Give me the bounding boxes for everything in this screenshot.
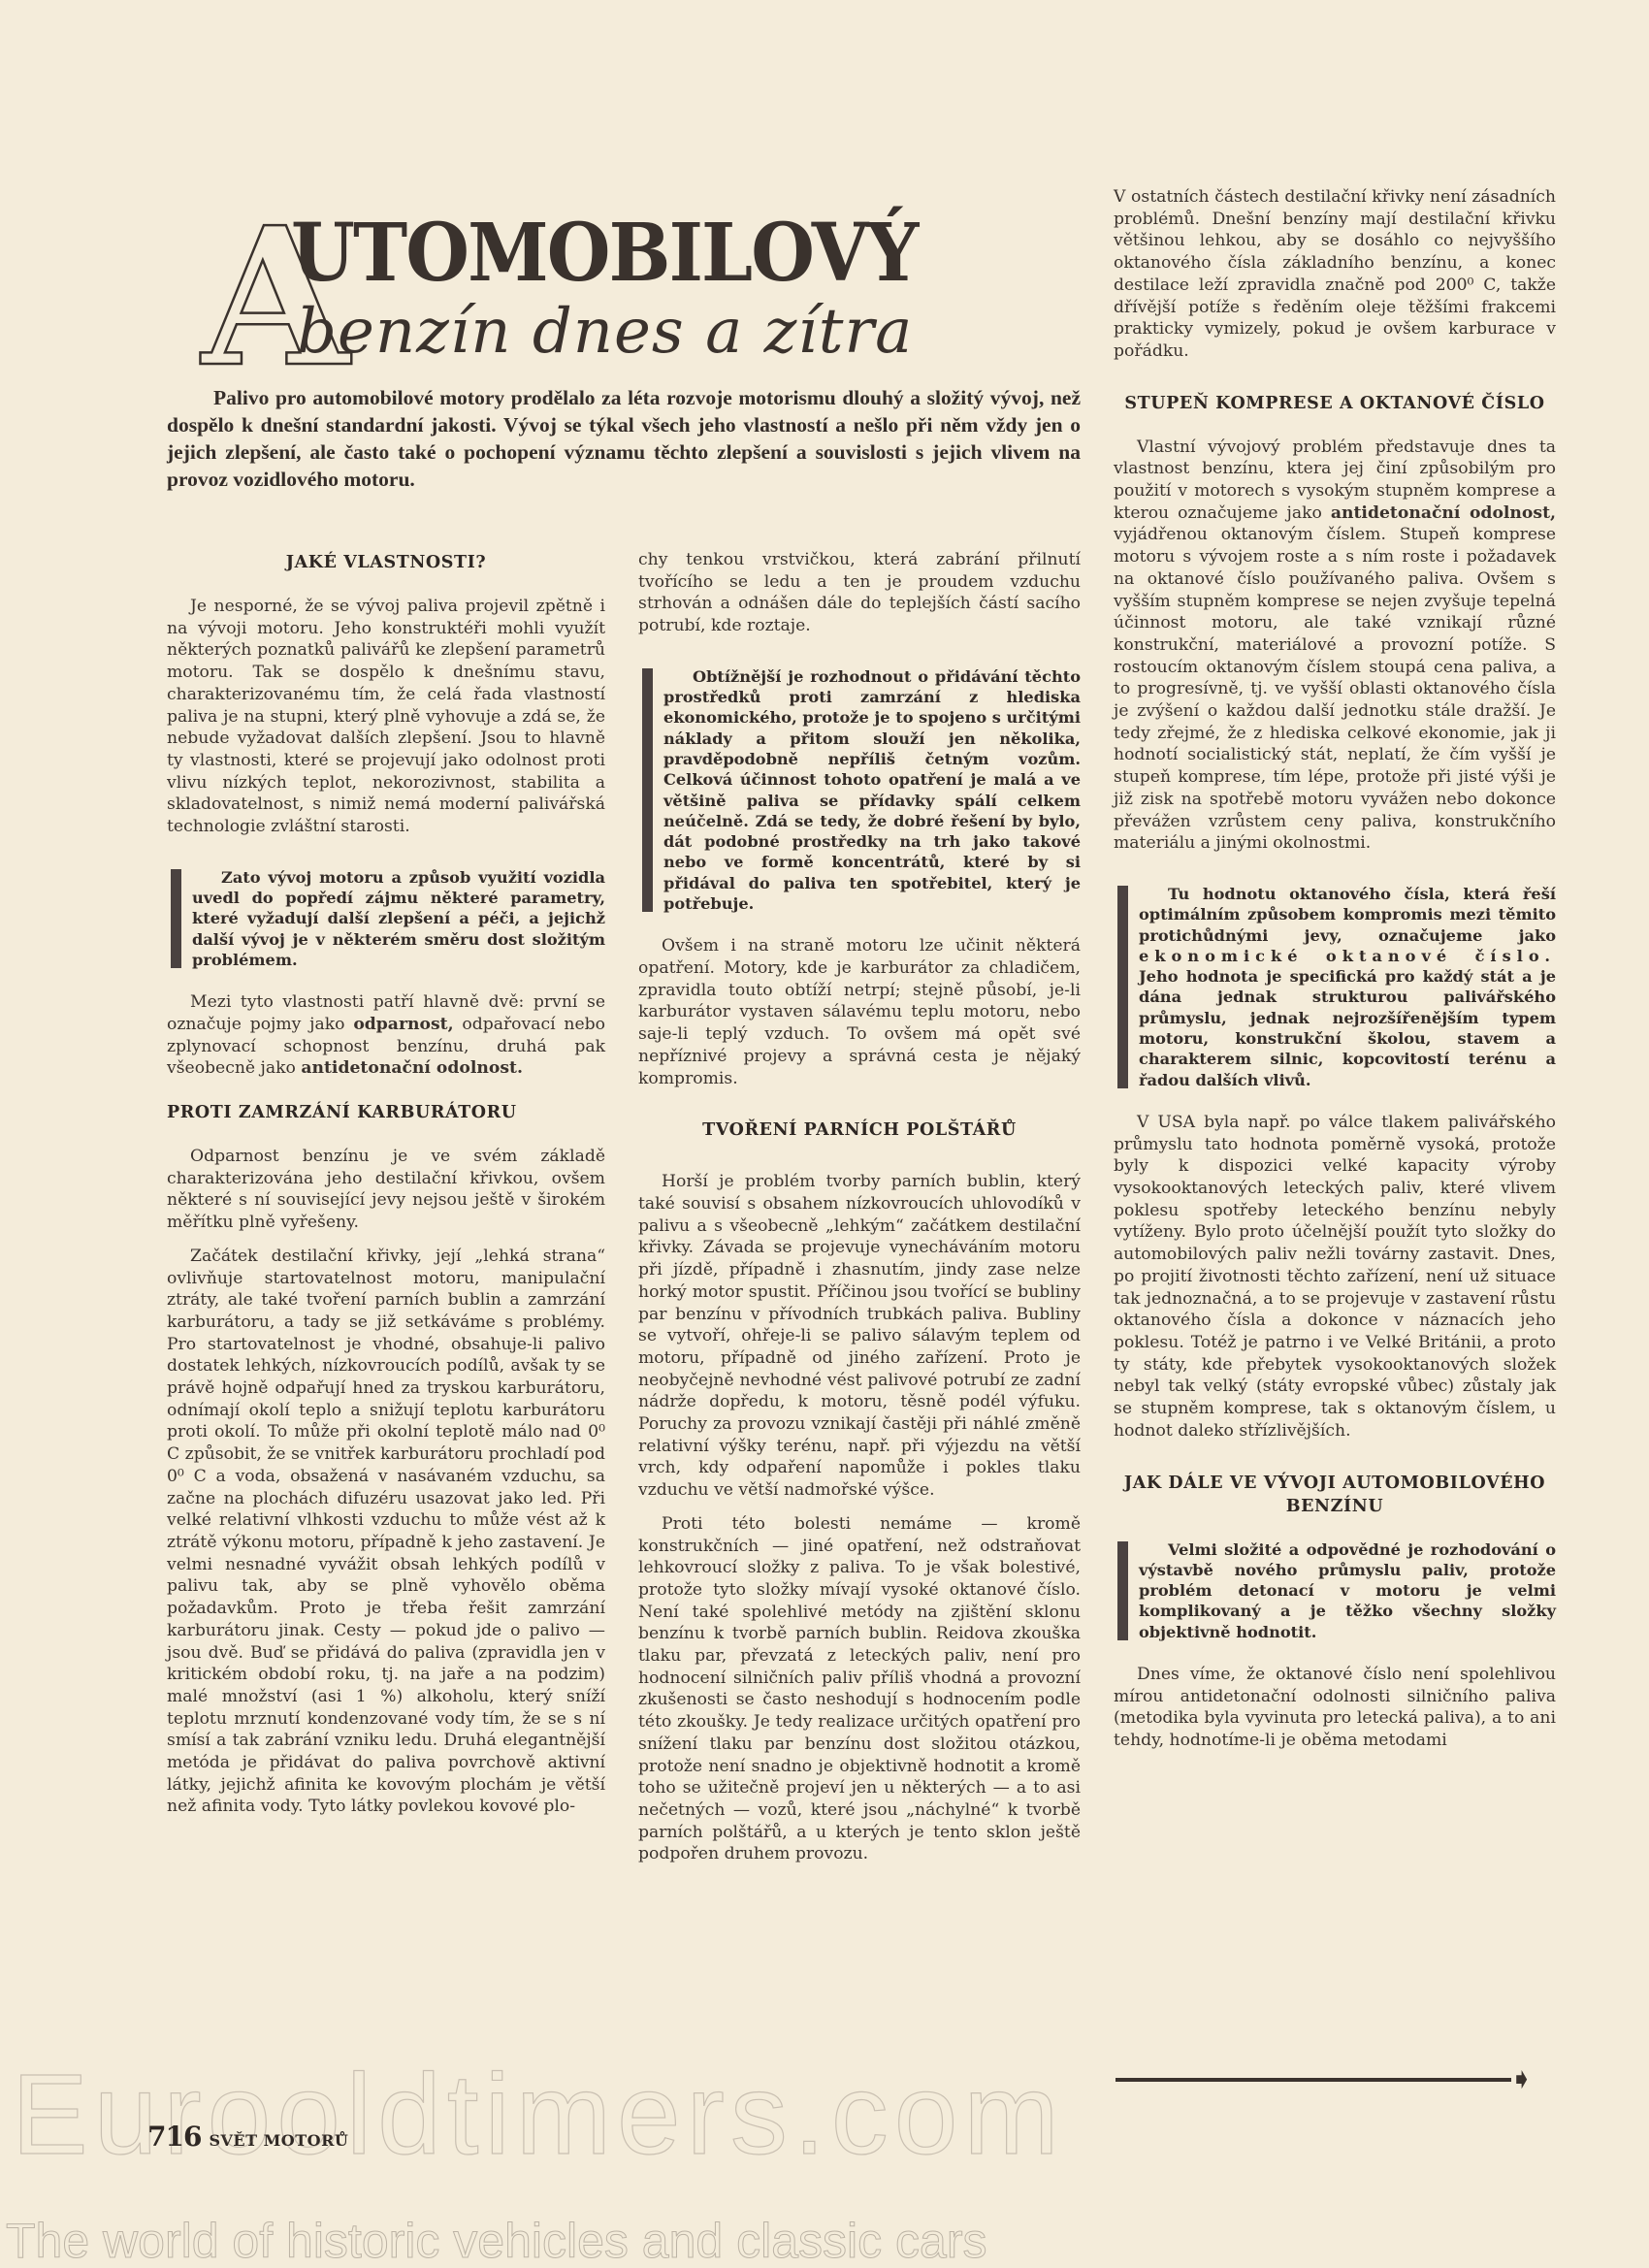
bold-term: antidetonační odolnost. [301, 1058, 523, 1078]
text-run: Tu hodnotu oktanového čísla, která řeší … [1139, 885, 1556, 945]
section-heading-tvoreni-parnich-polstaru: TVOŘENÍ PARNÍCH POLŠTÁŘŮ [638, 1118, 1081, 1142]
title-subtitle: benzín dnes a zítra [297, 293, 913, 371]
section-heading-jak-dale: JAK DÁLE VE VÝVOJI AUTOMOBILOVÉHO BENZÍN… [1114, 1472, 1556, 1518]
section-heading-jake-vlastnosti: JAKÉ VLASTNOSTI? [167, 551, 605, 574]
callout-bar [1117, 1541, 1128, 1640]
magazine-page: A UTOMOBILOVÝ benzín dnes a zítra Palivo… [0, 0, 1649, 2268]
bold-term: odparnost, [353, 1015, 453, 1034]
paragraph: Odparnost benzínu je ve svém základě cha… [167, 1146, 605, 1234]
column-2: chy tenkou vrstvičkou, která zabrání při… [638, 549, 1081, 1865]
section-heading-proti-zamrzani: PROTI ZAMRZÁNÍ KARBURÁTORU [167, 1101, 605, 1124]
article-title: A UTOMOBILOVÝ benzín dnes a zítra [202, 204, 1080, 373]
arrow-right-icon: ➧ [1509, 2062, 1534, 2097]
paragraph: Ovšem i na straně motoru lze učinit někt… [638, 935, 1081, 1089]
paragraph: Dnes víme, že oktanové číslo není spoleh… [1114, 1664, 1556, 1752]
continue-rule [1115, 2078, 1511, 2082]
section-heading-stupen-komprese: STUPEŇ KOMPRESE A OKTANOVÉ ČÍSLO [1114, 392, 1556, 415]
watermark-tagline: The world of historic vehicles and class… [6, 2214, 987, 2268]
callout-box: Velmi složité a odpovědné je rozhodování… [1114, 1539, 1556, 1642]
paragraph: Horší je problém tvorby parních bublin, … [638, 1171, 1081, 1502]
callout-box: Zato vývoj motoru a způsob využití vozid… [167, 867, 605, 970]
spaced-term: ekonomické oktanové číslo. [1139, 947, 1556, 965]
text-run: vyjádřenou oktanovým číslem. Stupeň komp… [1114, 525, 1556, 853]
callout-bar [642, 668, 653, 913]
paragraph: chy tenkou vrstvičkou, která zabrání při… [638, 549, 1081, 637]
callout-box: Obtížnější je rozhodnout o přidávání těc… [638, 666, 1081, 915]
paragraph: Mezi tyto vlastnosti patří hlavně dvě: p… [167, 991, 605, 1080]
callout-bar [171, 869, 181, 968]
watermark-site: Eurooldtimers.com [12, 2052, 1065, 2178]
callout-text: Obtížnější je rozhodnout o přidávání těc… [663, 666, 1081, 915]
callout-text: Zato vývoj motoru a způsob využití vozid… [192, 867, 605, 970]
callout-text: Tu hodnotu oktanového čísla, která řeší … [1139, 884, 1556, 1090]
column-1: JAKÉ VLASTNOSTI? Je nesporné, že se vývo… [167, 551, 605, 1818]
paragraph: Vlastní vývojový problém představuje dne… [1114, 437, 1556, 855]
article-lede: Palivo pro automobilové motory prodělalo… [167, 384, 1081, 493]
title-main-text: UTOMOBILOVÝ [291, 210, 918, 297]
paragraph: Proti této bolesti nemáme — kromě konstr… [638, 1513, 1081, 1865]
paragraph: V USA byla např. po válce tlakem palivář… [1114, 1112, 1556, 1442]
text-run: Jeho hodnota je specifická pro každý stá… [1139, 967, 1556, 1088]
callout-box: Tu hodnotu oktanového čísla, která řeší … [1114, 884, 1556, 1090]
paragraph: Je nesporné, že se vývoj paliva projevil… [167, 596, 605, 838]
callout-bar [1117, 886, 1128, 1088]
callout-text: Velmi složité a odpovědné je rozhodování… [1139, 1539, 1556, 1642]
paragraph: V ostatních částech destilační křivky ne… [1114, 186, 1556, 363]
column-3: V ostatních částech destilační křivky ne… [1114, 186, 1556, 1752]
bold-term: antidetonační odolnost, [1331, 503, 1556, 523]
paragraph: Začátek destilační křivky, její „lehká s… [167, 1246, 605, 1818]
